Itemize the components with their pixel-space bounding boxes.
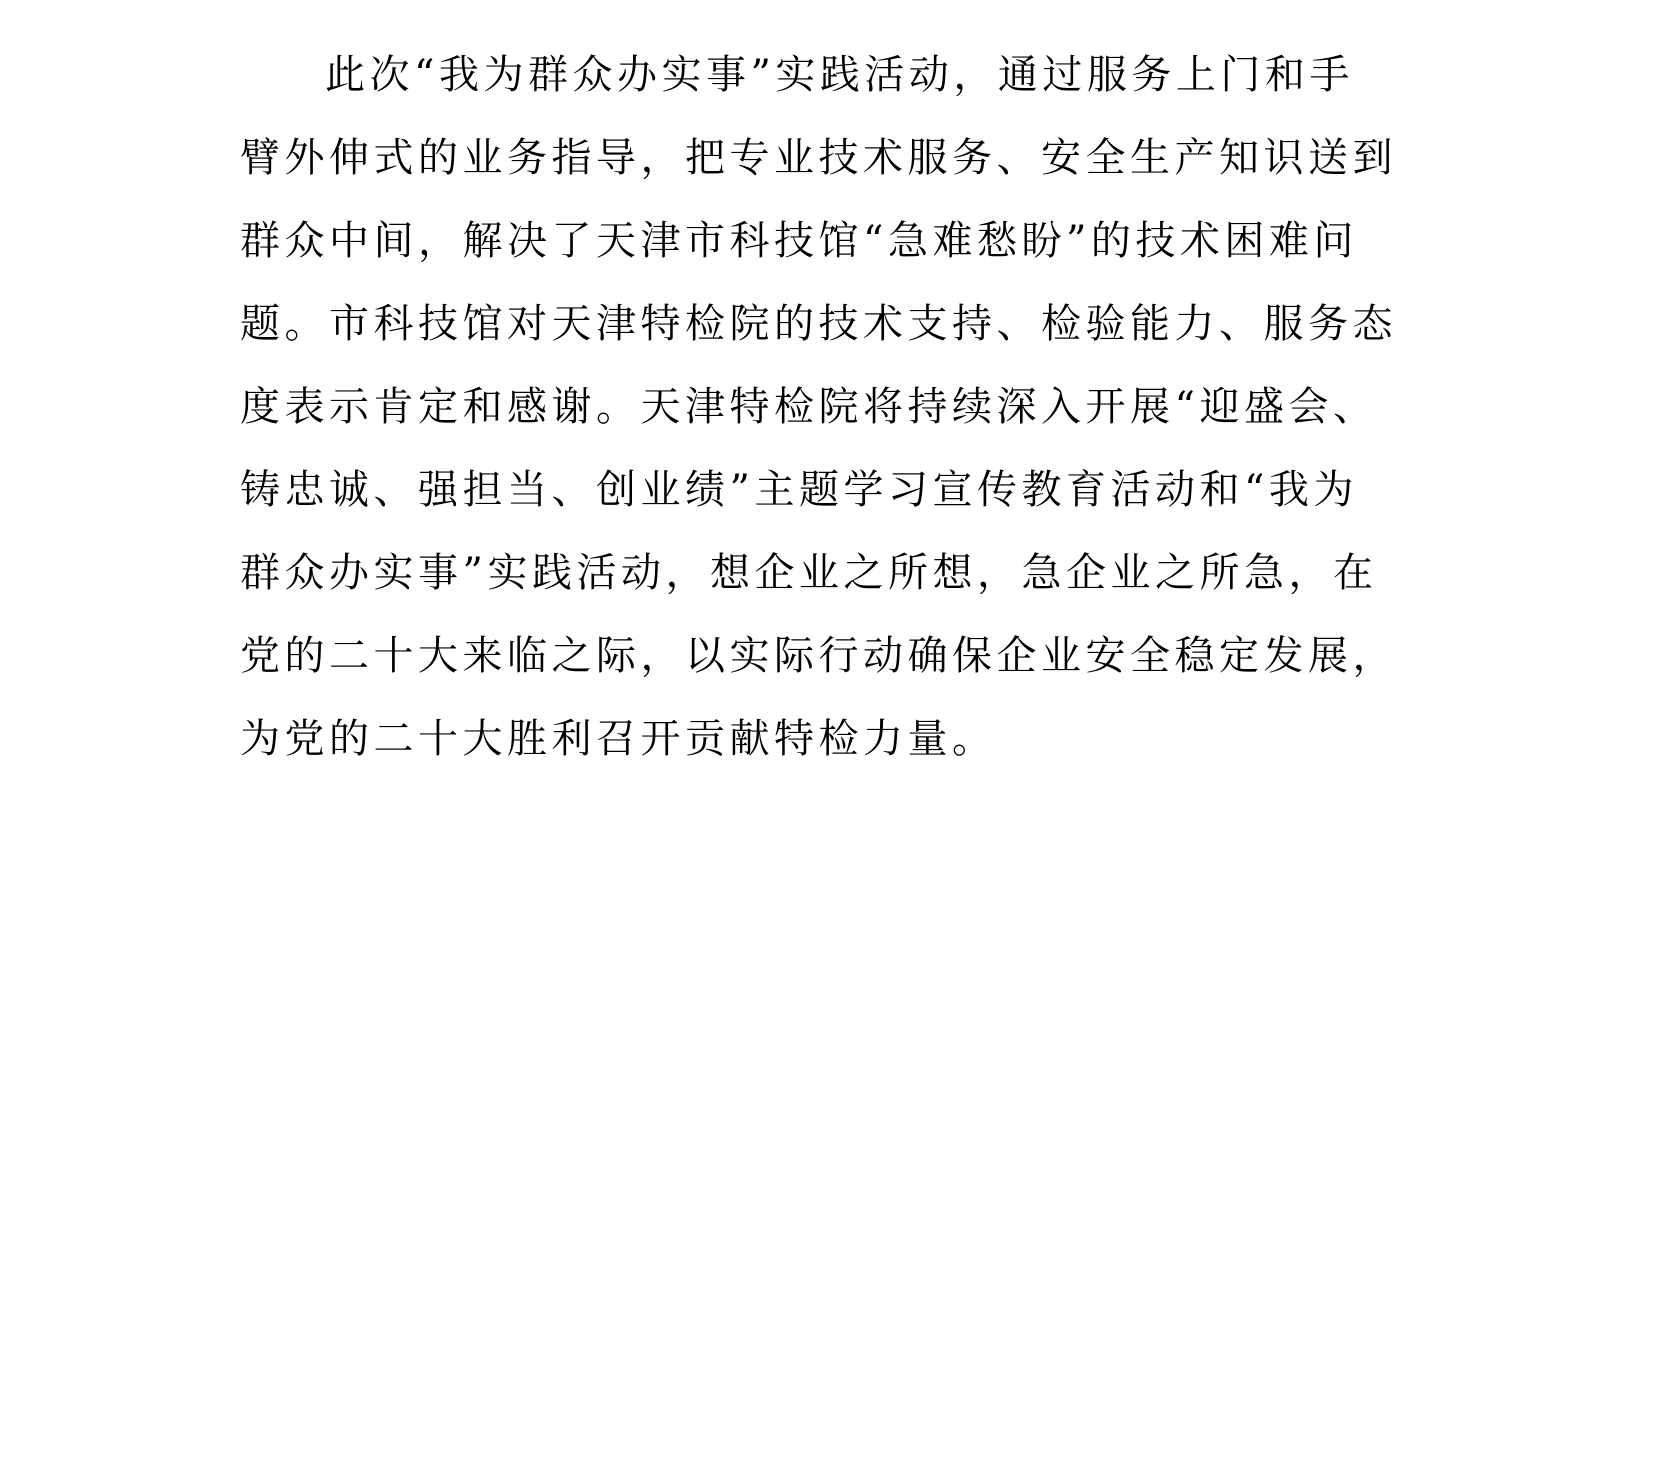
paragraph-line-8: 党的二十大来临之际，以实际行动确保企业安全稳定发展， xyxy=(240,626,1330,686)
paragraph-line-4: 题。市科技馆对天津特检院的技术支持、检验能力、服务态 xyxy=(240,294,1330,354)
paragraph-line-2: 臂外伸式的业务指导，把专业技术服务、安全生产知识送到 xyxy=(240,128,1330,188)
paragraph-line-5: 度表示肯定和感谢。天津特检院将持续深入开展“迎盛会、 xyxy=(240,377,1330,437)
paragraph-line-7: 群众办实事”实践活动，想企业之所想，急企业之所急，在 xyxy=(240,543,1330,603)
paragraph-line-9: 为党的二十大胜利召开贡献特检力量。 xyxy=(240,709,1330,769)
document-page: 此次“我为群众办实事”实践活动，通过服务上门和手 臂外伸式的业务指导，把专业技术… xyxy=(0,0,1654,1461)
paragraph-line-3: 群众中间，解决了天津市科技馆“急难愁盼”的技术困难问 xyxy=(240,211,1330,271)
paragraph-line-6: 铸忠诚、强担当、创业绩”主题学习宣传教育活动和“我为 xyxy=(240,460,1330,520)
paragraph-line-1: 此次“我为群众办实事”实践活动，通过服务上门和手 xyxy=(325,45,1330,105)
